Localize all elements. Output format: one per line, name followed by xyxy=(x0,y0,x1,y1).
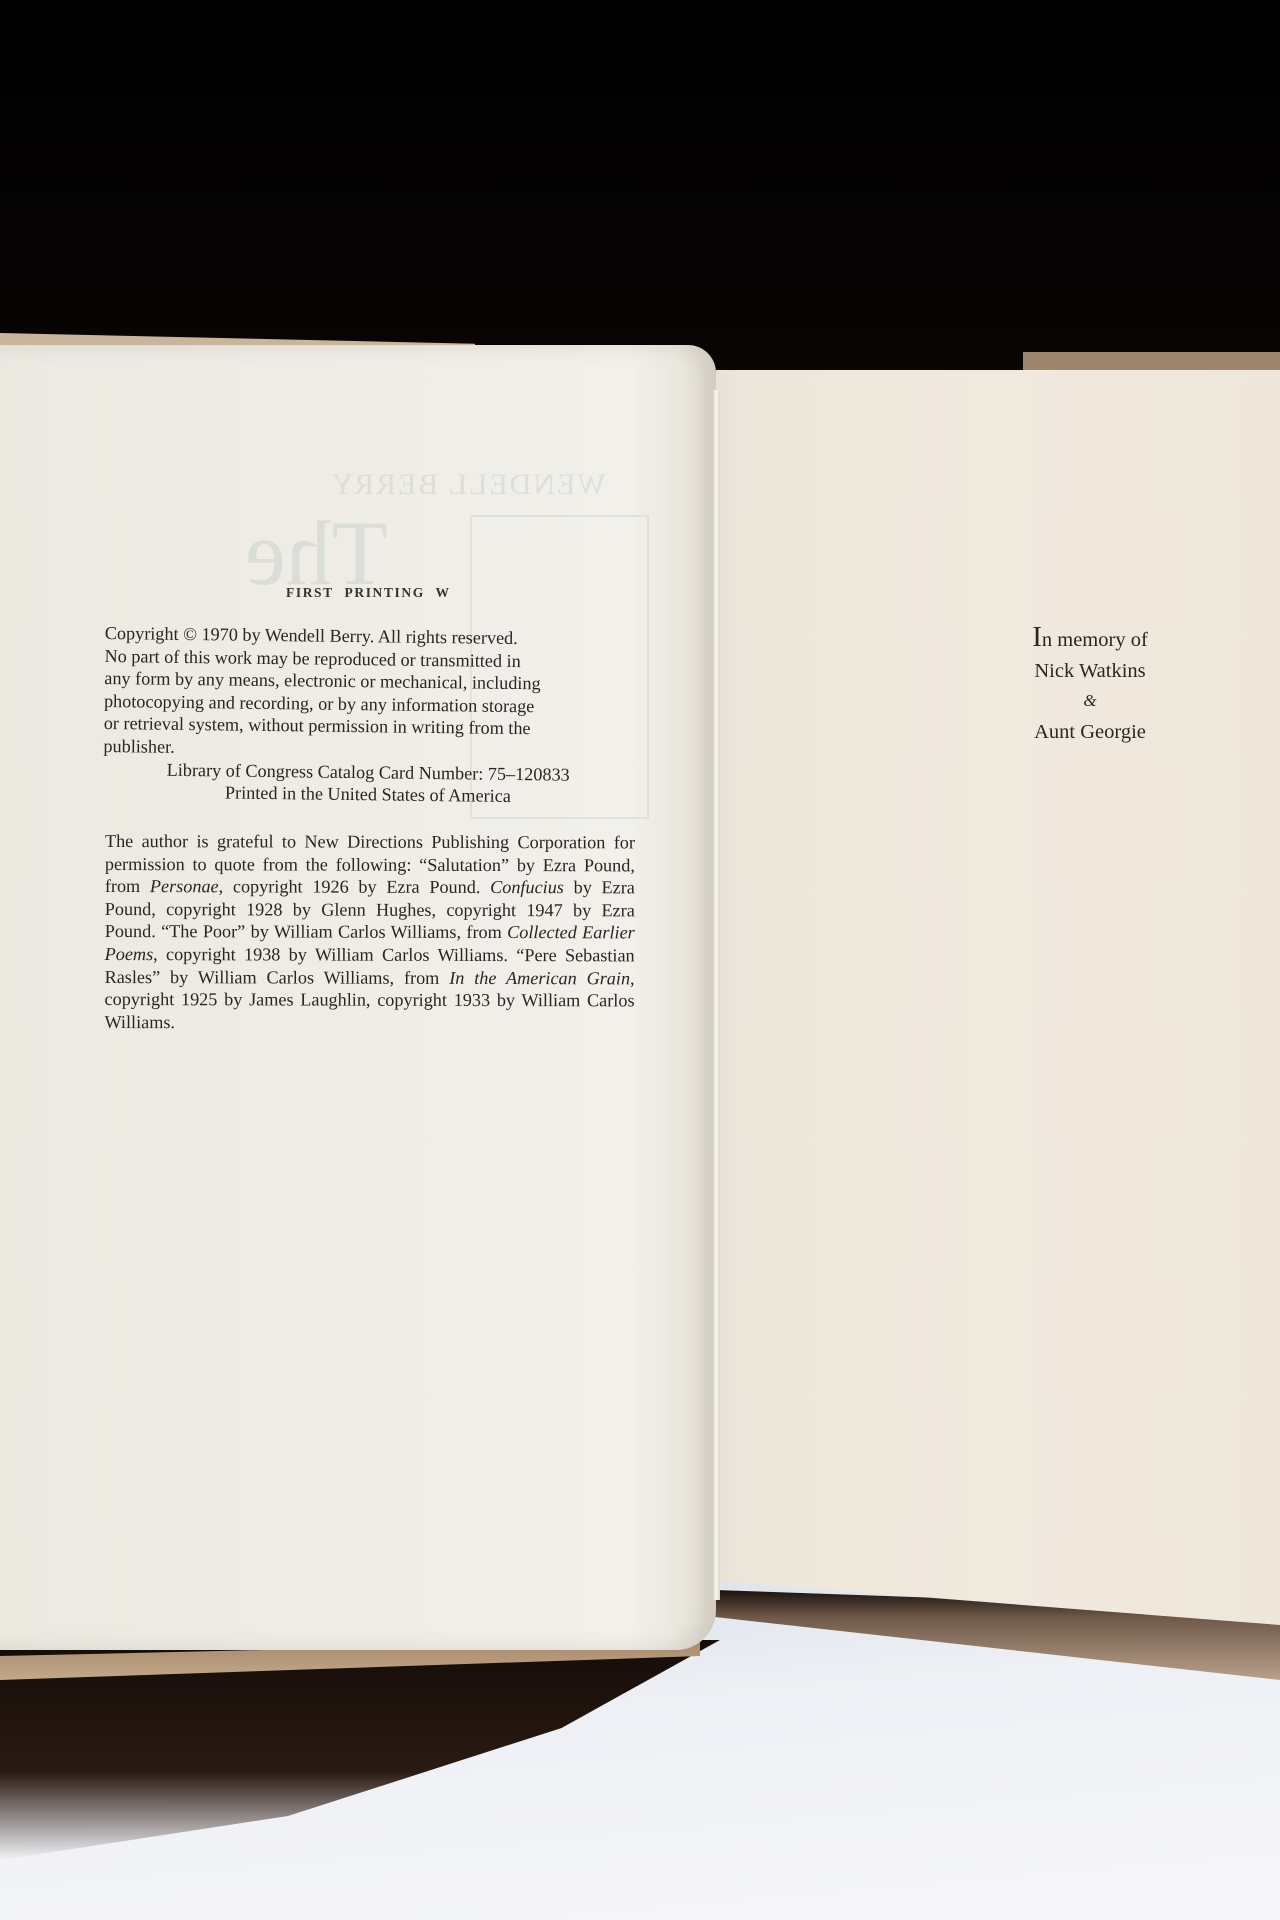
dedication-line-3: Aunt Georgie xyxy=(990,717,1190,748)
right-page xyxy=(716,370,1280,1625)
copyright-block: Copyright © 1970 by Wendell Berry. All r… xyxy=(103,622,635,809)
ampersand: & xyxy=(990,686,1190,717)
dedication-line-2: Nick Watkins xyxy=(990,656,1190,687)
book-gutter xyxy=(712,390,720,1600)
first-printing-label: FIRST PRINTING W xyxy=(286,585,451,601)
dedication-text: n memory of xyxy=(1042,629,1148,651)
dedication: In memory of Nick Watkins & Aunt Georgie xyxy=(990,622,1190,747)
permissions-text: , copyright 1926 by Ezra Pound. xyxy=(219,876,491,897)
book-title: Confucius xyxy=(490,877,564,897)
book-title: Personae xyxy=(150,876,219,896)
permissions-paragraph: The author is grateful to New Directions… xyxy=(104,830,635,1035)
dedication-line-1: In memory of xyxy=(990,622,1190,656)
book-title: In the American Grain xyxy=(449,967,630,987)
drop-initial: I xyxy=(1032,621,1042,653)
bleed-through-author: WENDELL BERRY xyxy=(330,468,606,502)
